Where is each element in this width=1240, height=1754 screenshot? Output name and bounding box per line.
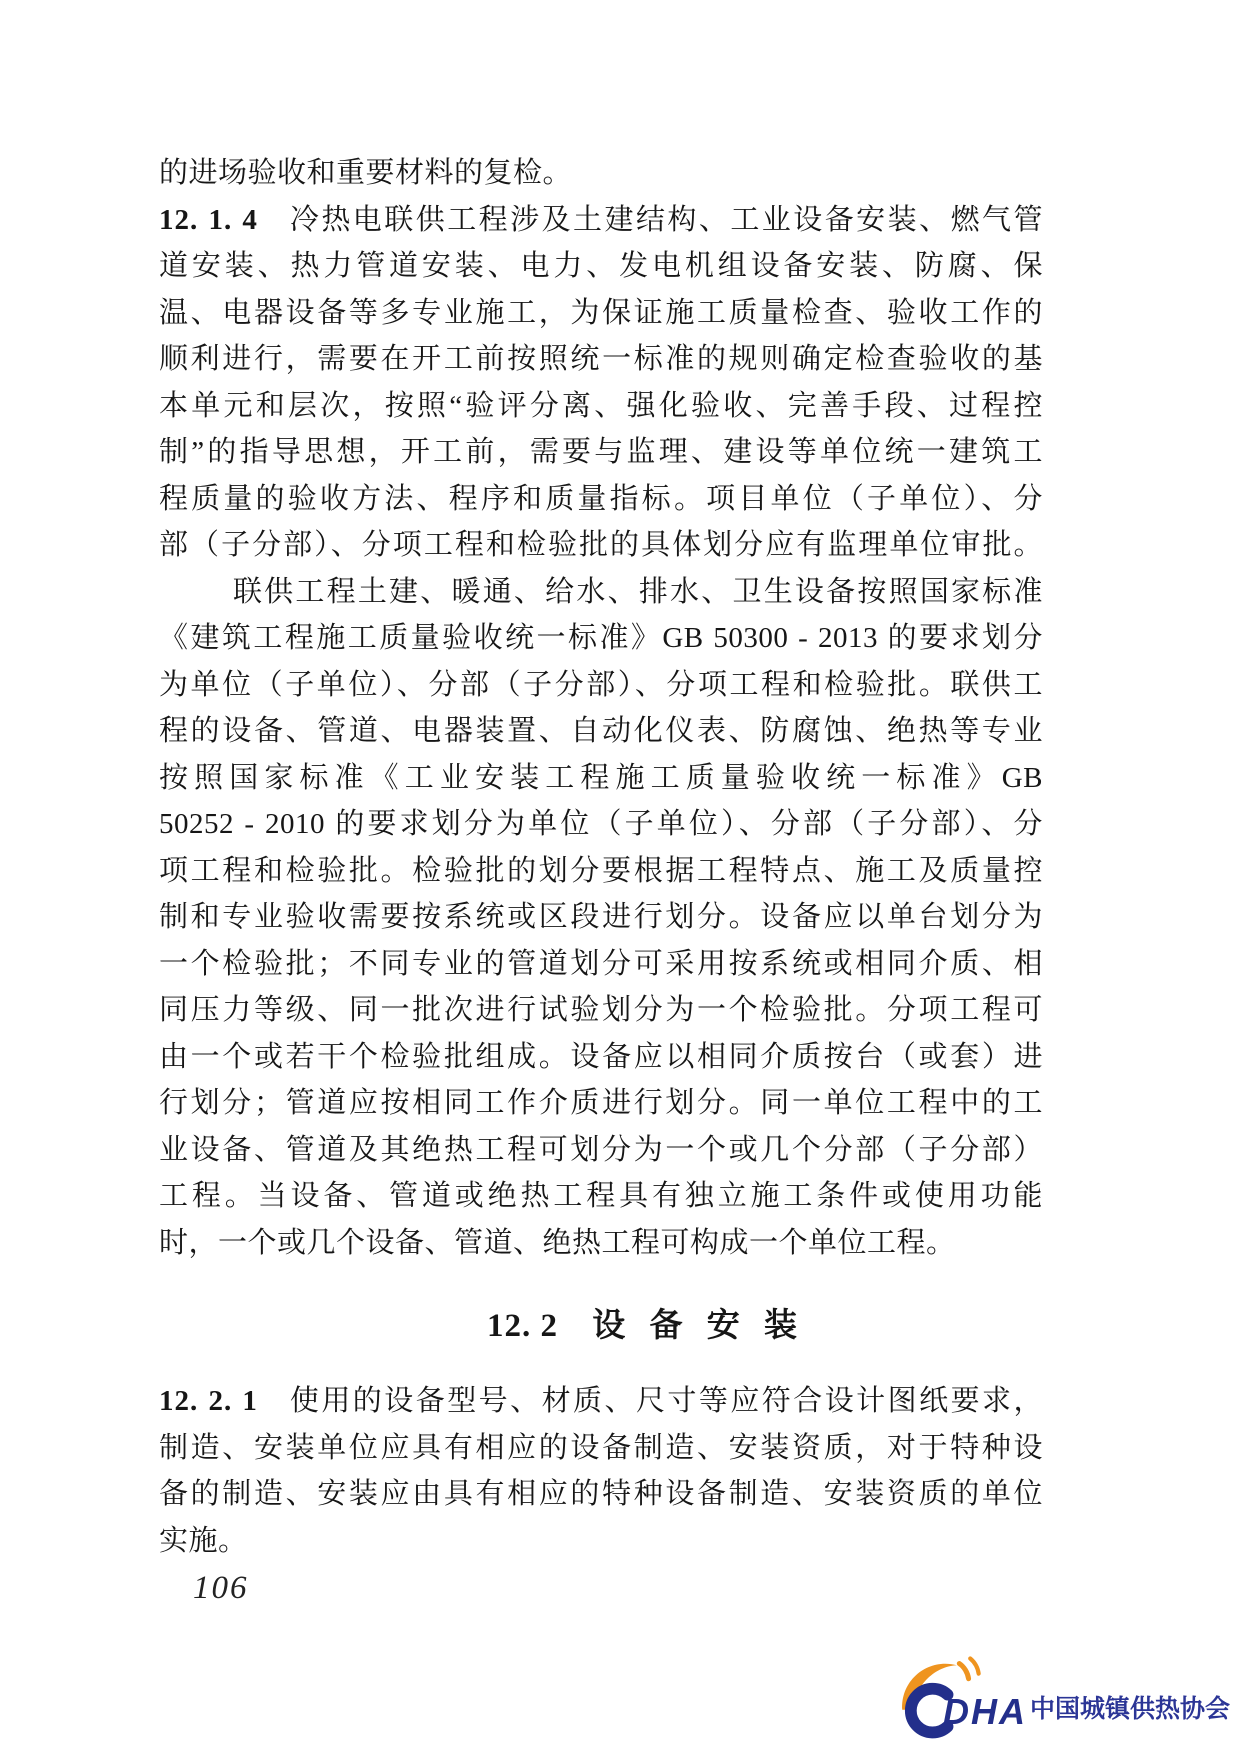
logo-association-name: 中国城镇供热协会: [1030, 1696, 1230, 1722]
text-line: 一个检验批；不同专业的管道划分可采用按系统或相同介质、相: [159, 941, 1043, 988]
line-text: 程质量的验收方法、程序和质量指标。项目单位（子单位）、分: [159, 483, 1043, 515]
line-text: 本单元和层次，按照“验评分离、强化验收、完善手段、过程控: [159, 390, 1043, 422]
line-text: 行划分；管道应按相同工作介质进行划分。同一单位工程中的工: [159, 1087, 1043, 1119]
clause-line: 12. 1. 4冷热电联供工程涉及土建结构、工业设备安装、燃气管: [159, 197, 1043, 244]
scanned-document-page: 的进场验收和重要材料的复检。 12. 1. 4冷热电联供工程涉及土建结构、工业设…: [0, 0, 1240, 1754]
text-line: 为单位（子单位）、分部（子分部）、分项工程和检验批。联供工: [159, 662, 1043, 709]
line-text: 制和专业验收需要按系统或区段进行划分。设备应以单台划分为: [159, 901, 1043, 933]
text-line: 顺利进行，需要在开工前按照统一标准的规则确定检查验收的基: [159, 336, 1043, 383]
page-number: 106: [193, 1570, 249, 1607]
logo-abbr: DHA: [943, 1694, 1027, 1730]
line-text: 制”的指导思想，开工前，需要与监理、建设等单位统一建筑工: [159, 436, 1043, 468]
text-line: 联供工程土建、暖通、给水、排水、卫生设备按照国家标准: [159, 569, 1043, 616]
line-text: 温、电器设备等多专业施工，为保证施工质量检查、验收工作的: [159, 297, 1043, 329]
line-text: 50252 - 2010 的要求划分为单位（子单位）、分部（子分部）、分: [159, 808, 1043, 840]
line-text: 部（子分部）、分项工程和检验批的具体划分应有监理单位审批。: [159, 529, 1043, 561]
text-line: 行划分；管道应按相同工作介质进行划分。同一单位工程中的工: [159, 1080, 1043, 1127]
text-line: 制”的指导思想，开工前，需要与监理、建设等单位统一建筑工: [159, 429, 1043, 476]
text-line: 制造、安装单位应具有相应的设备制造、安装资质，对于特种设: [159, 1425, 1043, 1472]
line-text: 《建筑工程施工质量验收统一标准》GB 50300 - 2013 的要求划分: [159, 622, 1043, 654]
text-line: 50252 - 2010 的要求划分为单位（子单位）、分部（子分部）、分: [159, 801, 1043, 848]
clause-number: 12. 2. 1: [159, 1385, 258, 1417]
text-line: 本单元和层次，按照“验评分离、强化验收、完善手段、过程控: [159, 383, 1043, 430]
line-text: 同压力等级、同一批次进行试验划分为一个检验批。分项工程可: [159, 994, 1043, 1026]
section-heading: 12. 2 设 备 安 装: [159, 1306, 1043, 1346]
clause-number: 12. 1. 4: [159, 204, 258, 236]
text-line: 工程。当设备、管道或绝热工程具有独立施工条件或使用功能: [159, 1173, 1043, 1220]
line-text: 业设备、管道及其绝热工程可划分为一个或几个分部（子分部）: [159, 1134, 1043, 1166]
text-line: 道安装、热力管道安装、电力、发电机组设备安装、防腐、保: [159, 243, 1043, 290]
line-text: 备的制造、安装应由具有相应的特种设备制造、安装资质的单位: [159, 1478, 1043, 1510]
text-line: 《建筑工程施工质量验收统一标准》GB 50300 - 2013 的要求划分: [159, 615, 1043, 662]
text-line: 的进场验收和重要材料的复检。: [159, 150, 1043, 197]
line-text: 冷热电联供工程涉及土建结构、工业设备安装、燃气管: [288, 204, 1043, 236]
line-text: 一个检验批；不同专业的管道划分可采用按系统或相同介质、相: [159, 948, 1043, 980]
section-number: 12. 2: [487, 1308, 558, 1344]
line-text: 的进场验收和重要材料的复检。: [159, 157, 572, 189]
text-line: 部（子分部）、分项工程和检验批的具体划分应有监理单位审批。: [159, 522, 1043, 569]
clause-line: 12. 2. 1使用的设备型号、材质、尺寸等应符合设计图纸要求，: [159, 1378, 1043, 1425]
section-title: 设 备 安 装: [592, 1308, 799, 1344]
text-line: 备的制造、安装应由具有相应的特种设备制造、安装资质的单位: [159, 1471, 1043, 1518]
line-text: 制造、安装单位应具有相应的设备制造、安装资质，对于特种设: [159, 1432, 1043, 1464]
text-line: 时，一个或几个设备、管道、绝热工程可构成一个单位工程。: [159, 1220, 1043, 1267]
text-line: 程的设备、管道、电器装置、自动化仪表、防腐蚀、绝热等专业: [159, 708, 1043, 755]
line-text: 项工程和检验批。检验批的划分要根据工程特点、施工及质量控: [159, 855, 1043, 887]
line-text: 时，一个或几个设备、管道、绝热工程可构成一个单位工程。: [159, 1227, 956, 1259]
text-line: 温、电器设备等多专业施工，为保证施工质量检查、验收工作的: [159, 290, 1043, 337]
body-text: 的进场验收和重要材料的复检。 12. 1. 4冷热电联供工程涉及土建结构、工业设…: [159, 150, 1043, 1564]
text-line: 由一个或若干个检验批组成。设备应以相同介质按台（或套）进: [159, 1034, 1043, 1081]
text-line: 制和专业验收需要按系统或区段进行划分。设备应以单台划分为: [159, 894, 1043, 941]
line-text: 顺利进行，需要在开工前按照统一标准的规则确定检查验收的基: [159, 343, 1043, 375]
line-text: 实施。: [159, 1525, 248, 1557]
text-line: 实施。: [159, 1518, 1043, 1565]
cdha-logo: DHA 中国城镇供热协会: [898, 1656, 1228, 1746]
text-line: 同压力等级、同一批次进行试验划分为一个检验批。分项工程可: [159, 987, 1043, 1034]
line-text: 为单位（子单位）、分部（子分部）、分项工程和检验批。联供工: [159, 669, 1043, 701]
text-line: 项工程和检验批。检验批的划分要根据工程特点、施工及质量控: [159, 848, 1043, 895]
line-text: 使用的设备型号、材质、尺寸等应符合设计图纸要求，: [288, 1385, 1043, 1417]
line-text: 工程。当设备、管道或绝热工程具有独立施工条件或使用功能: [159, 1180, 1043, 1212]
line-text: 按照国家标准《工业安装工程施工质量验收统一标准》GB: [159, 762, 1043, 794]
line-text: 由一个或若干个检验批组成。设备应以相同介质按台（或套）进: [159, 1041, 1043, 1073]
line-text: 联供工程土建、暖通、给水、排水、卫生设备按照国家标准: [233, 576, 1043, 608]
text-line: 业设备、管道及其绝热工程可划分为一个或几个分部（子分部）: [159, 1127, 1043, 1174]
text-line: 程质量的验收方法、程序和质量指标。项目单位（子单位）、分: [159, 476, 1043, 523]
line-text: 程的设备、管道、电器装置、自动化仪表、防腐蚀、绝热等专业: [159, 715, 1043, 747]
text-line: 按照国家标准《工业安装工程施工质量验收统一标准》GB: [159, 755, 1043, 802]
line-text: 道安装、热力管道安装、电力、发电机组设备安装、防腐、保: [159, 250, 1043, 282]
